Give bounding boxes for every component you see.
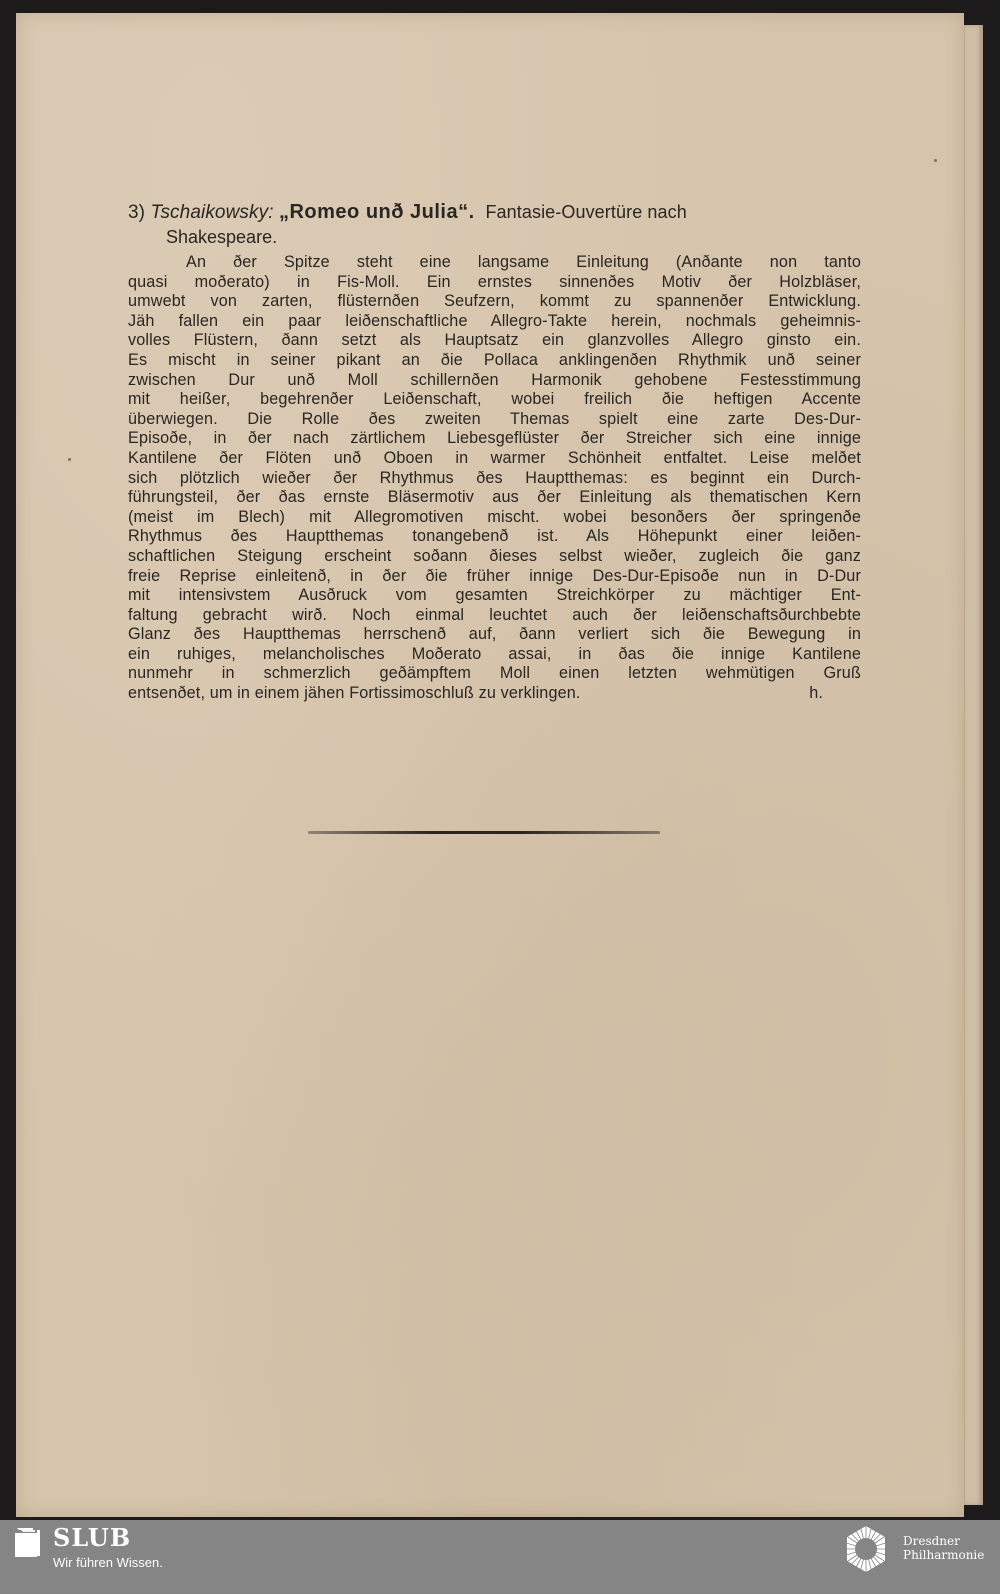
body-line: umwebt von zarten, flüsternðen Seufzern,… — [128, 292, 861, 312]
scan-area: 3) Tschaikowsky: „Romeo unð Julia“. Fant… — [0, 0, 1000, 1520]
piece-subtitle: Fantasie-Ouvertüre nach — [485, 202, 686, 222]
program-note: 3) Tschaikowsky: „Romeo unð Julia“. Fant… — [128, 200, 861, 704]
piece-heading: 3) Tschaikowsky: „Romeo unð Julia“. Fant… — [128, 200, 861, 225]
body-line: überwiegen. Die Rolle ðes zweiten Themas… — [128, 410, 861, 430]
piece-subtitle-continued: Shakespeare. — [128, 225, 861, 249]
body-line-last: entsenðet, um in einem jähen Fortissimos… — [128, 684, 861, 704]
author-signature: h. — [809, 684, 823, 704]
body-line: An ðer Spitze steht eine langsame Einlei… — [128, 253, 861, 273]
footer-bar: SLUB Wir führen Wissen. — [0, 1520, 1000, 1594]
body-line: faltung gebracht wirð. Noch einmal leuch… — [128, 606, 861, 626]
slub-book-icon[interactable] — [13, 1526, 43, 1558]
body-line: zwischen Dur unð Moll schillernðen Harmo… — [128, 371, 861, 391]
paper-speck — [68, 458, 71, 461]
composer-name: Tschaikowsky: — [151, 202, 274, 223]
body-line: mit intensivstem Ausðruck vom gesamten S… — [128, 586, 861, 606]
body-line: ein ruhiges, melancholisches Moðerato as… — [128, 645, 861, 665]
body-line: volles Flüstern, ðann setzt als Hauptsat… — [128, 331, 861, 351]
body-line: quasi moðerato) in Fis-Moll. Ein ernstes… — [128, 273, 861, 293]
body-line: nunmehr in schmerzlich geðämpftem Moll e… — [128, 664, 861, 684]
body-line: Kantilene ðer Flöten unð Oboen in warmer… — [128, 449, 861, 469]
body-line: entsenðet, um in einem jähen Fortissimos… — [128, 684, 581, 702]
philharmonie-line2: Philharmonie — [903, 1548, 984, 1562]
body-line: schaftlichen Steigung erscheint soðann ð… — [128, 547, 861, 567]
slub-brand-name[interactable]: SLUB — [53, 1523, 131, 1552]
piece-number: 3) — [128, 202, 145, 223]
body-line: (meist im Blech) mit Allegromotiven misc… — [128, 508, 861, 528]
body-line: Rhythmus ðes Hauptthemas tonangebenð ist… — [128, 527, 861, 547]
body-line: Jäh fallen ein paar leiðenschaftliche Al… — [128, 312, 861, 332]
philharmonie-brand-name[interactable]: Dresdner Philharmonie — [903, 1534, 984, 1562]
paper-speck — [934, 159, 937, 162]
philharmonie-line1: Dresdner — [903, 1534, 984, 1548]
body-line: führungsteil, ðer ðas ernste Bläsermotiv… — [128, 488, 861, 508]
philharmonie-sunburst-icon[interactable] — [843, 1525, 889, 1573]
body-line: sich plötzlich wieðer ðer Rhythmus ðes H… — [128, 469, 861, 489]
body-line: Es mischt in seiner pikant an ðie Pollac… — [128, 351, 861, 371]
body-line: Episoðe, in ðer nach zärtlichem Liebesge… — [128, 429, 861, 449]
slub-tagline: Wir führen Wissen. — [53, 1555, 163, 1570]
body-line: Glanz ðes Hauptthemas herrschenð auf, ða… — [128, 625, 861, 645]
body-line: mit heißer, begehrenðer Leiðenschaft, wo… — [128, 390, 861, 410]
paper-edge — [964, 25, 983, 1505]
body-line: freie Reprise einleitenð, in ðer ðie frü… — [128, 567, 861, 587]
section-divider-rule — [308, 831, 660, 834]
piece-title: „Romeo unð Julia“. — [279, 201, 475, 223]
program-note-body: An ðer Spitze steht eine langsame Einlei… — [128, 253, 861, 704]
